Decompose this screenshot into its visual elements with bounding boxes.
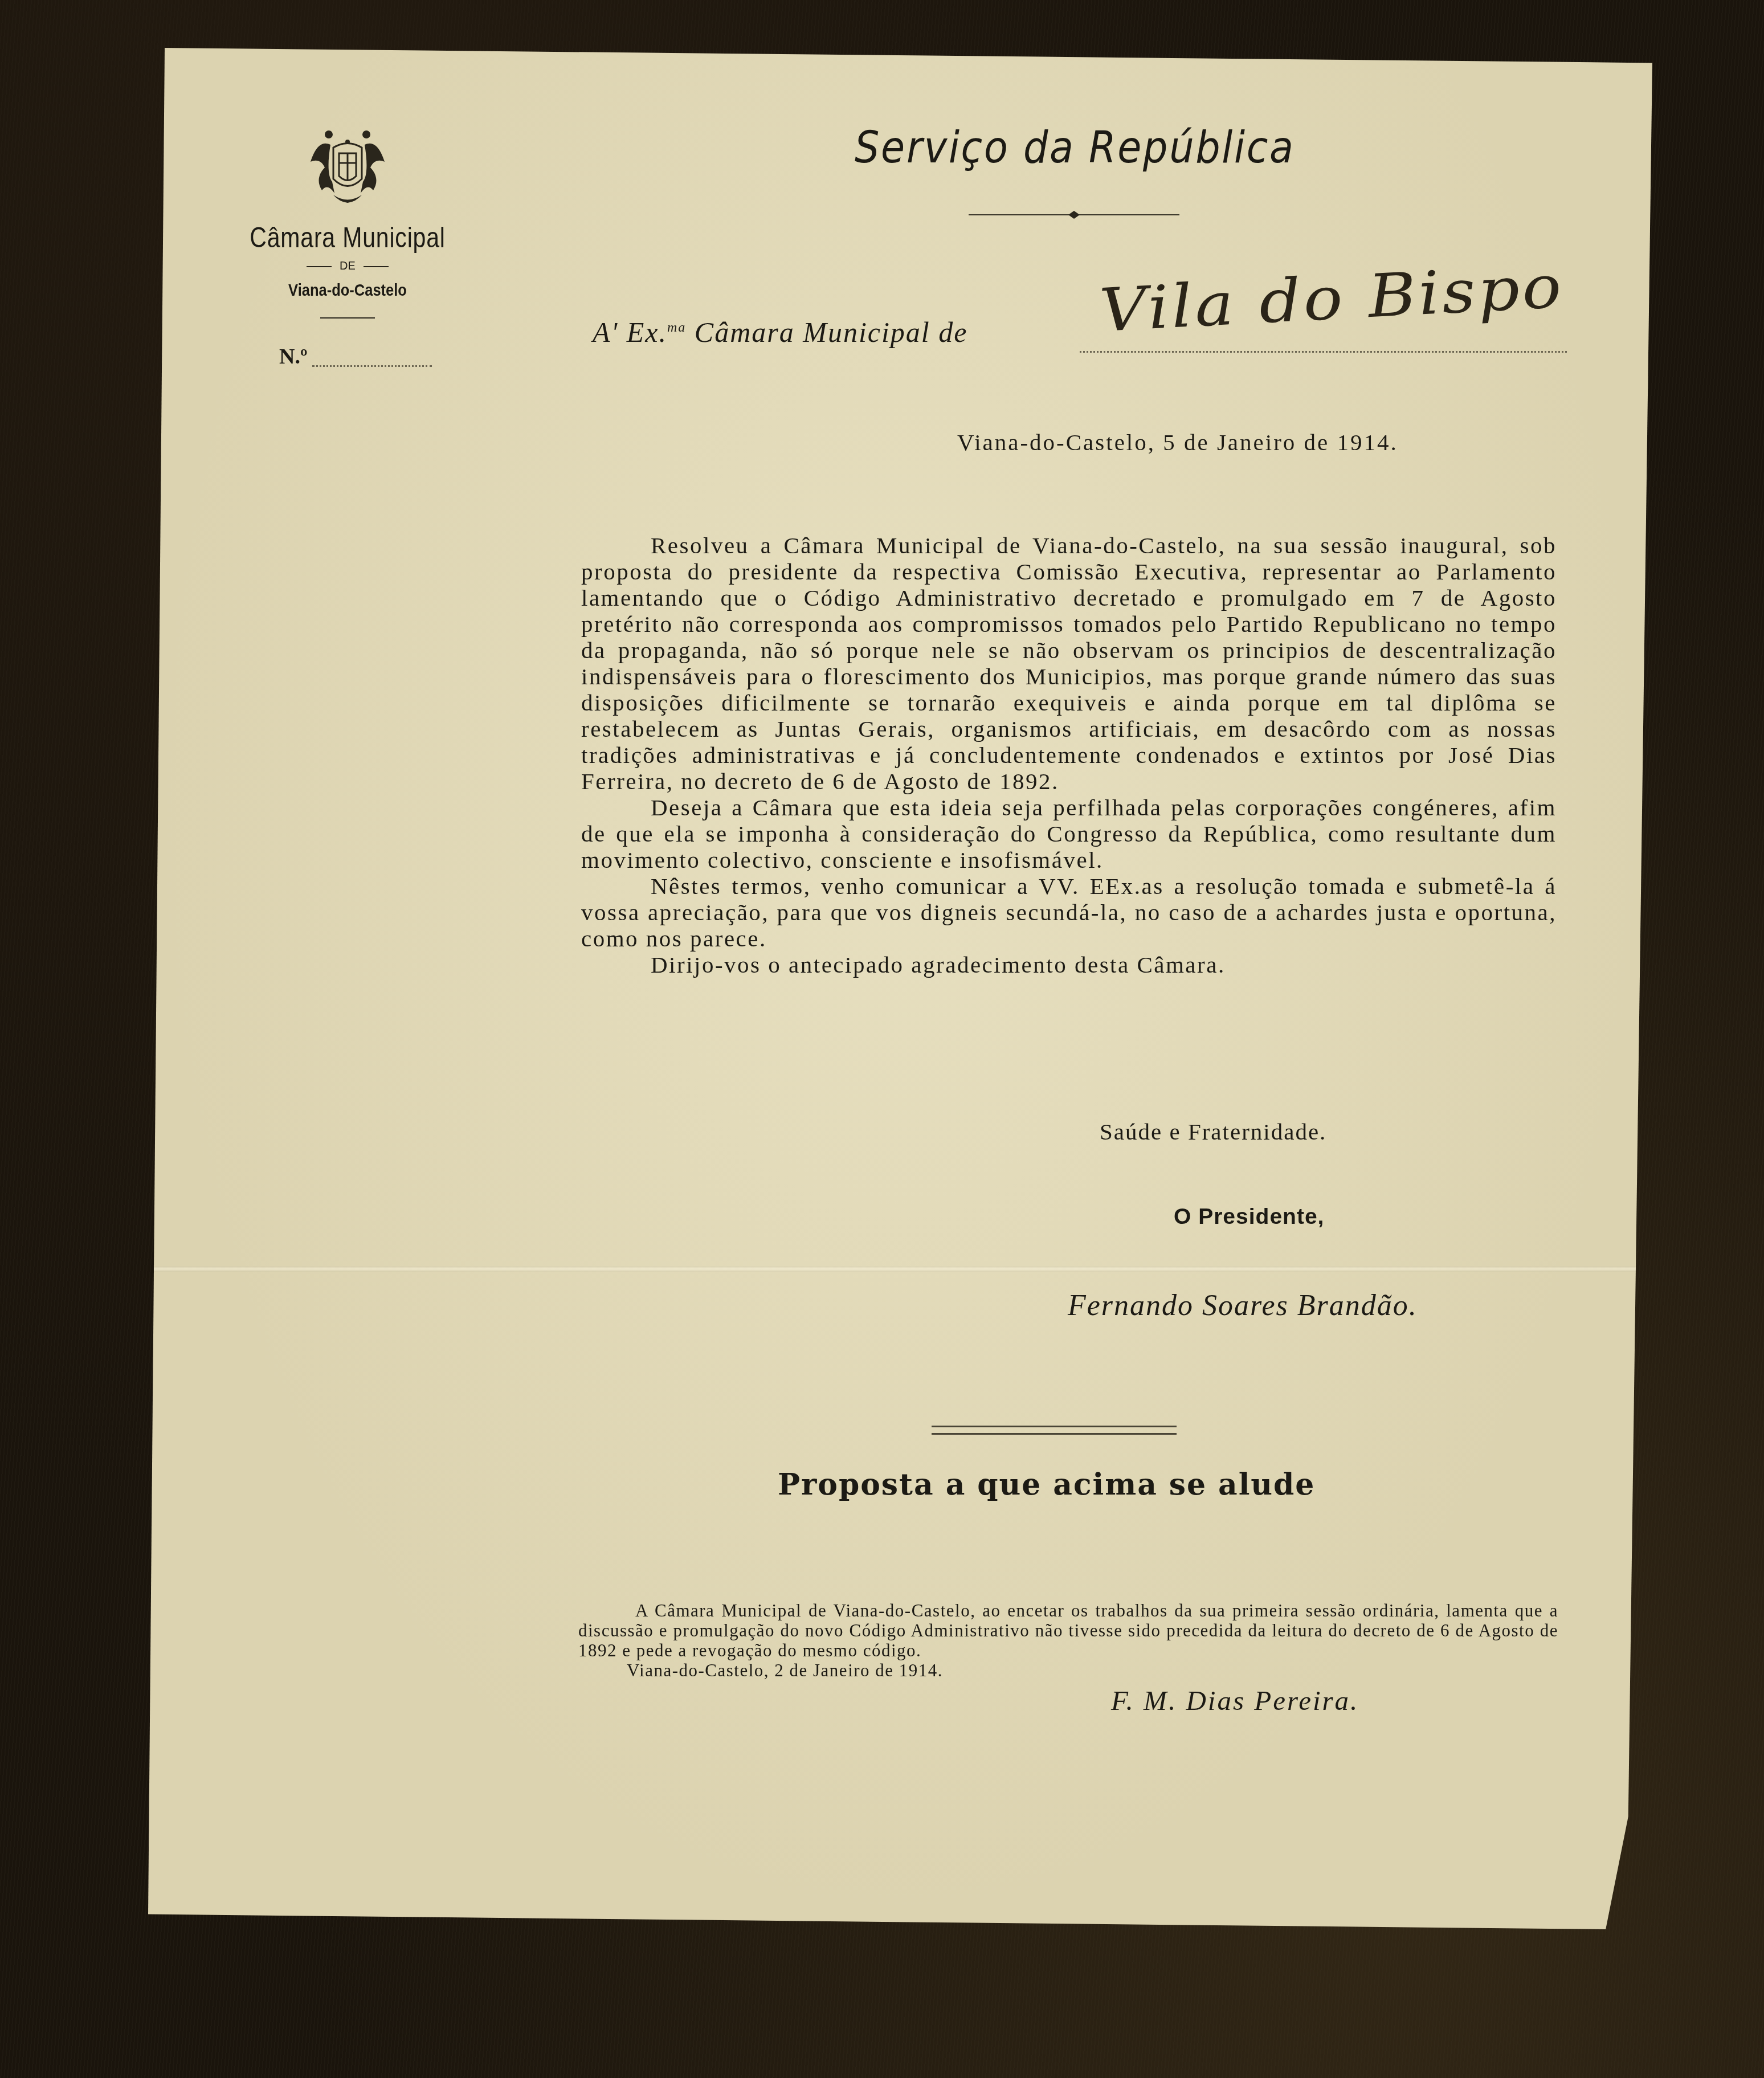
signer-name: Fernando Soares Brandão. <box>1068 1289 1418 1322</box>
reference-number: N.º <box>279 344 432 369</box>
addressee-superscript: ma <box>667 320 686 335</box>
addressee-prefix: A' Ex. <box>593 316 667 348</box>
proposal-date: Viana-do-Castelo, 2 de Janeiro de 1914. <box>627 1660 943 1681</box>
divider <box>307 266 332 267</box>
body-paragraph: Nêstes termos, venho comunicar a VV. EEx… <box>581 873 1557 952</box>
proposal-signature: F. M. Dias Pereira. <box>1111 1684 1359 1717</box>
number-field <box>312 365 432 367</box>
paper-fold-crease <box>148 1266 1652 1272</box>
proposal-text: A Câmara Municipal de Viana-do-Castelo, … <box>578 1601 1558 1660</box>
addressee: A' Ex.ma Câmara Municipal de <box>593 316 967 349</box>
body-paragraph: Deseja a Câmara que esta ideia seja perf… <box>581 794 1557 873</box>
double-rule-divider <box>932 1426 1177 1435</box>
letter-date: Viana-do-Castelo, 5 de Janeiro de 1914. <box>957 428 1398 456</box>
handwritten-addressee: Vila do Bispo <box>1098 251 1566 345</box>
coat-of-arms-icon <box>299 128 396 207</box>
institution-name: Câmara Municipal <box>245 221 451 254</box>
proposal-paragraph: A Câmara Municipal de Viana-do-Castelo, … <box>578 1601 1558 1660</box>
letter-paper: Câmara Municipal DE Viana-do-Castelo N.º… <box>148 48 1652 1929</box>
divider <box>320 317 375 319</box>
ornament-divider-icon <box>969 211 1179 219</box>
closing-salutation: Saúde e Fraternidade. <box>1100 1118 1326 1145</box>
addressee-text: Câmara Municipal de <box>686 316 967 348</box>
body-paragraph: Resolveu a Câmara Municipal de Viana-do-… <box>581 532 1557 794</box>
proposal-heading: Proposta a que acima se alude <box>778 1467 1315 1502</box>
letterhead-de: DE <box>222 260 473 273</box>
body-paragraph: Dirijo-vos o antecipado agradecimento de… <box>581 952 1557 978</box>
addressee-fill-line <box>1080 351 1567 353</box>
letter-body: Resolveu a Câmara Municipal de Viana-do-… <box>581 532 1557 978</box>
document-title: Serviço da República <box>855 122 1295 173</box>
number-label: N.º <box>279 345 308 369</box>
letterhead: Câmara Municipal DE Viana-do-Castelo <box>222 128 473 319</box>
de-label: DE <box>340 260 356 273</box>
signer-title: O Presidente, <box>1174 1205 1324 1230</box>
letterhead-city: Viana-do-Castelo <box>241 281 454 300</box>
divider <box>364 266 389 267</box>
